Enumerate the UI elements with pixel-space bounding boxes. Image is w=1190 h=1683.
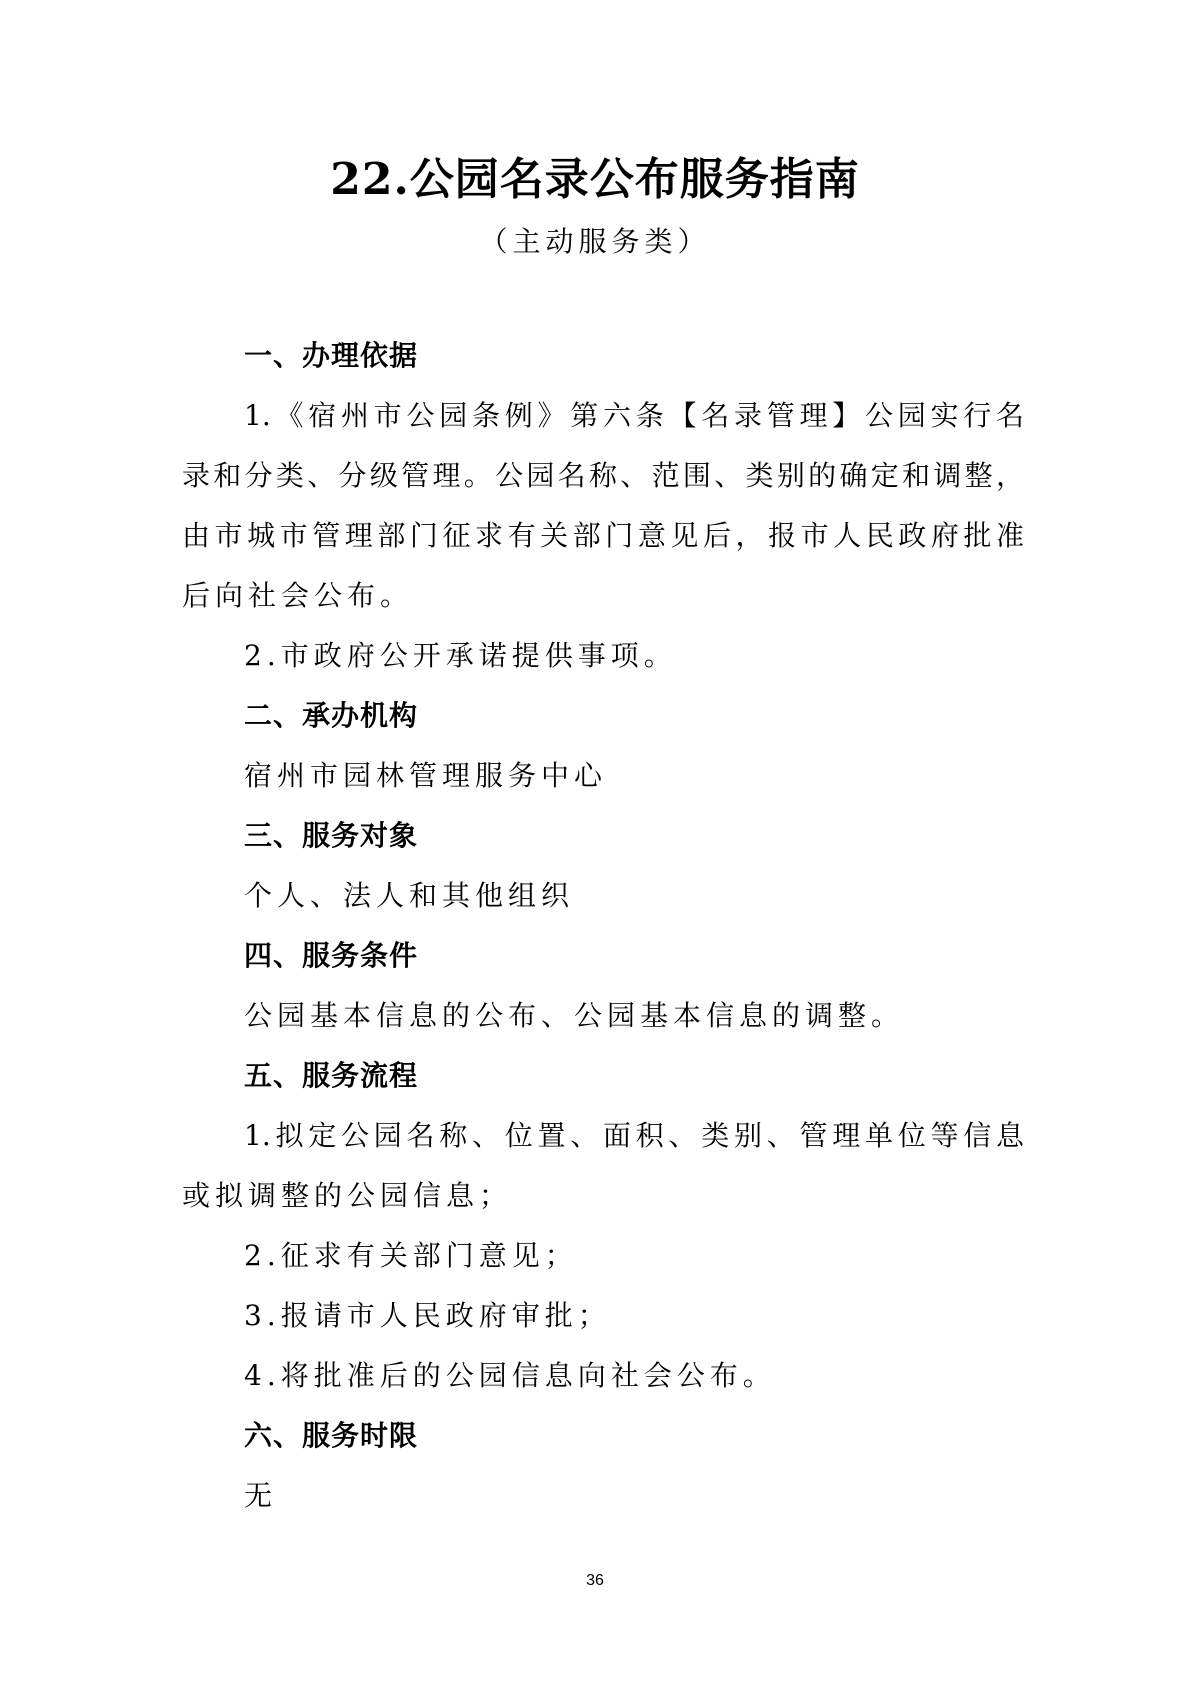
document-title: 22.公园名录公布服务指南 xyxy=(0,150,1190,210)
section-heading-service-target: 三、服务对象 xyxy=(182,816,1024,876)
paragraph-line: 1.拟定公园名称、位置、面积、类别、管理单位等信息 xyxy=(182,1116,1024,1176)
paragraph-line: 无 xyxy=(182,1476,1024,1536)
page-number: 36 xyxy=(0,1572,1190,1590)
paragraph-line: 宿州市园林管理服务中心 xyxy=(182,756,1024,816)
paragraph-line: 后向社会公布。 xyxy=(182,576,1024,636)
paragraph-line: 4.将批准后的公园信息向社会公布。 xyxy=(182,1356,1024,1416)
document-subtitle: （主动服务类） xyxy=(0,222,1190,262)
paragraph-line: 公园基本信息的公布、公园基本信息的调整。 xyxy=(182,996,1024,1056)
section-heading-basis: 一、办理依据 xyxy=(182,336,1024,396)
paragraph-line: 3.报请市人民政府审批； xyxy=(182,1296,1024,1356)
paragraph-line: 2.市政府公开承诺提供事项。 xyxy=(182,636,1024,696)
paragraph-line: 或拟调整的公园信息； xyxy=(182,1176,1024,1236)
paragraph-line: 1.《宿州市公园条例》第六条【名录管理】公园实行名 xyxy=(182,396,1024,456)
section-heading-conditions: 四、服务条件 xyxy=(182,936,1024,996)
paragraph-line: 录和分类、分级管理。公园名称、范围、类别的确定和调整， xyxy=(182,456,1024,516)
section-heading-time-limit: 六、服务时限 xyxy=(182,1416,1024,1476)
document-body: 一、办理依据 1.《宿州市公园条例》第六条【名录管理】公园实行名 录和分类、分级… xyxy=(182,336,1024,1536)
paragraph-line: 个人、法人和其他组织 xyxy=(182,876,1024,936)
section-heading-agency: 二、承办机构 xyxy=(182,696,1024,756)
section-heading-process: 五、服务流程 xyxy=(182,1056,1024,1116)
paragraph-line: 2.征求有关部门意见； xyxy=(182,1236,1024,1296)
paragraph-line: 由市城市管理部门征求有关部门意见后，报市人民政府批准 xyxy=(182,516,1024,576)
document-page: 22.公园名录公布服务指南 （主动服务类） 一、办理依据 1.《宿州市公园条例》… xyxy=(0,0,1190,1683)
